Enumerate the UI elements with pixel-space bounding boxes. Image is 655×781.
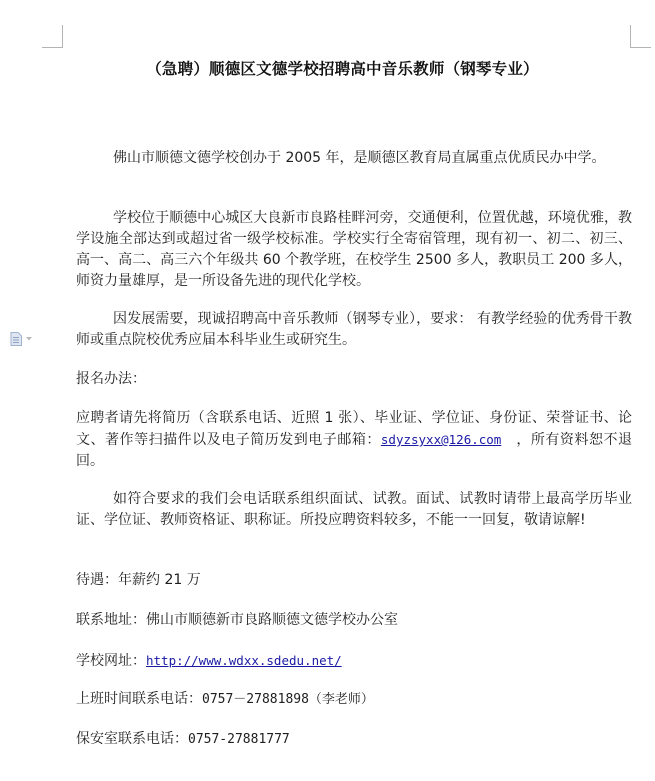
- website-line: 学校网址：http://www.wdxx.sdedu.net/: [76, 650, 632, 672]
- paragraph-intro: 佛山市顺德文德学校创办于 2005 年，是顺德区教育局直属重点优质民办中学。: [76, 148, 632, 169]
- apply-heading: 报名办法：: [76, 369, 632, 390]
- work-phone-label: 上班时间联系电话：: [76, 691, 202, 707]
- salary-value: 年薪约 21 万: [118, 572, 201, 588]
- document-page: （急聘）顺德区文德学校招聘高中音乐教师（钢琴专业） 佛山市顺德文德学校创办于 2…: [0, 0, 655, 781]
- paragraph-interview: 如符合要求的我们会电话联系组织面试、试教。面试、试教时请带上最高学历毕业证、学位…: [76, 489, 632, 531]
- chevron-down-icon: [26, 337, 32, 341]
- security-phone-value: 0757-27881777: [188, 732, 290, 747]
- paragraph-apply: 应聘者请先将简历（含联系电话、近照 1 张）、毕业证、学位证、身份证、荣誉证书、…: [76, 408, 632, 472]
- salary-label: 待遇：: [76, 572, 118, 588]
- salary-line: 待遇：年薪约 21 万: [76, 570, 632, 591]
- security-phone-line: 保安室联系电话：0757-27881777: [76, 729, 632, 750]
- paragraph-requirement: 因发展需要，现诚招聘高中音乐教师（钢琴专业），要求： 有教学经验的优秀骨干教师或…: [76, 309, 632, 351]
- address-line: 联系地址：佛山市顺德新市良路顺德文德学校办公室: [76, 610, 632, 631]
- website-label: 学校网址：: [76, 653, 146, 669]
- document-paragraph-icon: [10, 332, 22, 346]
- margin-corner-top-left: [42, 25, 63, 48]
- paragraph-tag-button[interactable]: [10, 331, 40, 347]
- work-phone-value: 0757－27881898（李老师）: [202, 692, 374, 707]
- website-link[interactable]: http://www.wdxx.sdedu.net/: [146, 653, 342, 668]
- address-value: 佛山市顺德新市良路顺德文德学校办公室: [146, 612, 398, 628]
- work-phone-line: 上班时间联系电话：0757－27881898（李老师）: [76, 689, 632, 710]
- email-link[interactable]: sdyzsyxx@126.com: [381, 432, 501, 447]
- margin-corner-top-right: [630, 25, 651, 48]
- paragraph-location: 学校位于顺德中心城区大良新市良路桂畔河旁，交通便利，位置优越，环境优雅，教学设施…: [76, 208, 632, 292]
- document-title: （急聘）顺德区文德学校招聘高中音乐教师（钢琴专业）: [0, 57, 655, 79]
- address-label: 联系地址：: [76, 612, 146, 628]
- security-phone-label: 保安室联系电话：: [76, 731, 188, 747]
